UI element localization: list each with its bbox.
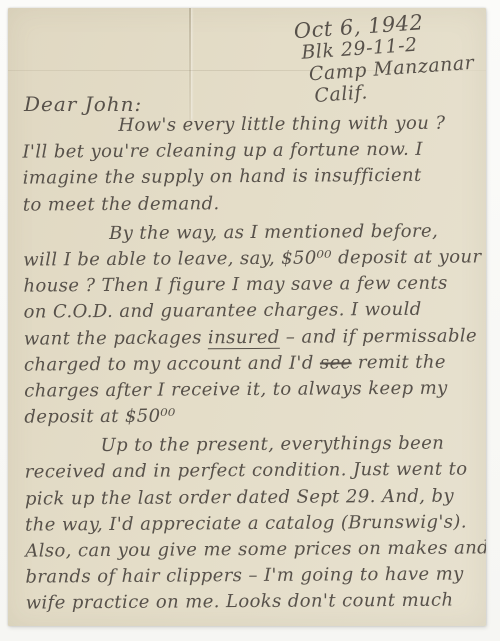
fold-crease-vertical <box>189 8 191 120</box>
letter-line: want the packages insured – and if permi… <box>24 325 476 354</box>
letter-line: deposit at $50⁰⁰ <box>24 403 476 432</box>
letter-line: charges after I receive it, to always ke… <box>24 377 476 406</box>
letter-line: pick up the last order dated Sept 29. An… <box>25 485 477 514</box>
scanned-letter: Oct 6, 1942 Blk 29-11-2 Camp Manzanar Ca… <box>0 0 500 641</box>
letter-line: wife practice on me. Looks don't count m… <box>26 590 478 619</box>
letter-line-segment: remit the <box>352 351 446 373</box>
letter-line: imagine the supply on hand is insufficie… <box>23 165 475 194</box>
letter-line: charged to my account and I'd see remit … <box>24 351 476 380</box>
letter-body: How's every little thing with you ? I'll… <box>22 112 478 619</box>
letter-line-segment: – and if permissable <box>280 325 477 347</box>
letter-line-segment: charged to my account and I'd <box>24 352 320 375</box>
letter-line: to meet the demand. <box>23 191 475 220</box>
underlined-word: insured <box>208 326 280 349</box>
letter-line: I'll bet you're cleaning up a fortune no… <box>22 139 474 168</box>
crossed-out-word: see <box>320 352 352 373</box>
letter-line: house ? Then I figure I may save a few c… <box>23 273 475 302</box>
letter-line: received and in perfect condition. Just … <box>25 459 477 488</box>
letter-salutation: Dear John: <box>24 92 142 116</box>
letter-line: How's every little thing with you ? <box>22 112 474 141</box>
letter-paper: Oct 6, 1942 Blk 29-11-2 Camp Manzanar Ca… <box>8 8 486 626</box>
letter-line: brands of hair clippers – I'm going to h… <box>25 564 477 593</box>
letter-line: on C.O.D. and guarantee charges. I would <box>24 299 476 328</box>
letter-heading: Oct 6, 1942 Blk 29-11-2 Camp Manzanar Ca… <box>293 8 476 108</box>
letter-line: the way, I'd appreciate a catalog (Bruns… <box>25 511 477 540</box>
letter-line: will I be able to leave, say, $50⁰⁰ depo… <box>23 246 475 275</box>
letter-line: Up to the present, everythings been <box>24 433 476 462</box>
letter-line: By the way, as I mentioned before, <box>23 220 475 249</box>
letter-line-segment: want the packages <box>24 327 208 349</box>
letter-line: Also, can you give me some prices on mak… <box>25 537 477 566</box>
